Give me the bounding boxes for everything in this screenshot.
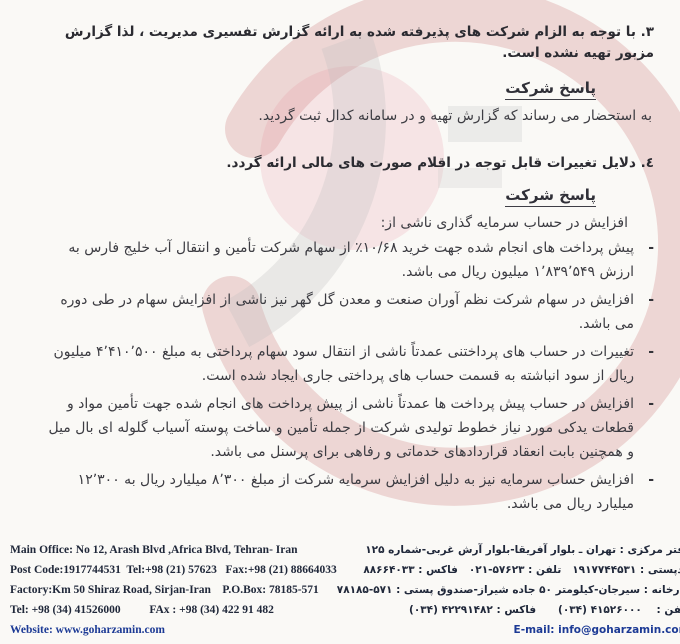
- company-response-heading-text: پاسخ شرکت: [505, 79, 596, 100]
- bullet-item: - افزایش در حساب پیش پرداخت ها عمدتاً نا…: [26, 392, 654, 464]
- post-code-line-fa: کدپستی : ۱۹۱۷۷۴۴۵۳۱ تلفن : ۵۷۶۲۳-۰۲۱ فاک…: [337, 560, 680, 580]
- company-response-heading: پاسخ شرکت: [26, 79, 596, 100]
- bullet-item: - پیش پرداخت های انجام شده جهت خرید ۱۰/۶…: [26, 236, 654, 284]
- bullet-text: پیش پرداخت های انجام شده جهت خرید ۱۰/۶۸٪…: [26, 236, 634, 284]
- bullet-item: - تغییرات در حساب های پرداختنی عمدتاً نا…: [26, 340, 654, 388]
- bullet-dash: -: [634, 288, 654, 336]
- letterhead-footer: Main Office: No 12, Arash Blvd ,Africa B…: [10, 540, 672, 640]
- investment-increase-intro: افزایش در حساب سرمایه گذاری ناشی از:: [26, 212, 628, 234]
- bullet-dash: -: [634, 468, 654, 516]
- head-office-line-fa: دفتر مرکزی : تهران ـ بلوار آفریقا-بلوار …: [337, 540, 680, 560]
- phone-fax-line-fa: تلفن : ۴۱۵۲۶۰۰۰ (۰۳۴) فاکس : ۴۲۲۹۱۴۸۲ (۰…: [337, 600, 680, 620]
- bullet-text: افزایش در سهام شرکت نظم آوران صنعت و معد…: [26, 288, 634, 336]
- tehran-fax-phone-line: Tel: +98 (34) 41526000 FAx : +98 (34) 42…: [10, 600, 337, 620]
- bullet-item: - افزایش حساب سرمایه نیز به دلیل افزایش …: [26, 468, 654, 516]
- bullet-text: افزایش حساب سرمایه نیز به دلیل افزایش سر…: [26, 468, 634, 516]
- item-4-paragraph: ٤. دلایل تغییرات قابل توجه در اقلام صورت…: [26, 153, 654, 175]
- factory-line: Factory:Km 50 Shiraz Road, Sirjan-Iran P…: [10, 580, 337, 600]
- main-office-line: Main Office: No 12, Arash Blvd ,Africa B…: [10, 540, 337, 560]
- bullet-list: - پیش پرداخت های انجام شده جهت خرید ۱۰/۶…: [26, 236, 654, 516]
- company-response-heading-2-text: پاسخ شرکت: [505, 186, 596, 207]
- bullet-item: - افزایش در سهام شرکت نظم آوران صنعت و م…: [26, 288, 654, 336]
- website-line: Website: www.goharzamin.com: [10, 620, 337, 640]
- response-1-body: به استحضار می رساند که گزارش تهیه و در س…: [26, 105, 652, 127]
- factory-line-fa: کارخانه : سیرجان-کیلومتر ۵۰ جاده شیراز-ص…: [337, 580, 680, 600]
- scanned-document-page: { "page": { "background": "#faf9f6", "te…: [0, 0, 680, 644]
- footer-persian-block: دفتر مرکزی : تهران ـ بلوار آفریقا-بلوار …: [337, 540, 680, 640]
- bullet-dash: -: [634, 392, 654, 464]
- company-response-heading-2: پاسخ شرکت: [26, 186, 596, 207]
- footer-english-block: Main Office: No 12, Arash Blvd ,Africa B…: [10, 540, 337, 640]
- company-response-section-2: پاسخ شرکت افزایش در حساب سرمایه گذاری نا…: [26, 186, 654, 516]
- bullet-dash: -: [634, 340, 654, 388]
- company-response-section-1: پاسخ شرکت به استحضار می رساند که گزارش ت…: [26, 79, 654, 127]
- email-line: E-mail: info@goharzamin.com: [337, 620, 680, 640]
- bullet-dash: -: [634, 236, 654, 284]
- post-code-line: Post Code:1917744531 Tel:+98 (21) 57623 …: [10, 560, 337, 580]
- bullet-text: تغییرات در حساب های پرداختنی عمدتاً ناشی…: [26, 340, 634, 388]
- item-3-paragraph: ۳. با توجه به الزام شرکت های پذیرفته شده…: [26, 22, 654, 65]
- bullet-text: افزایش در حساب پیش پرداخت ها عمدتاً ناشی…: [26, 392, 634, 464]
